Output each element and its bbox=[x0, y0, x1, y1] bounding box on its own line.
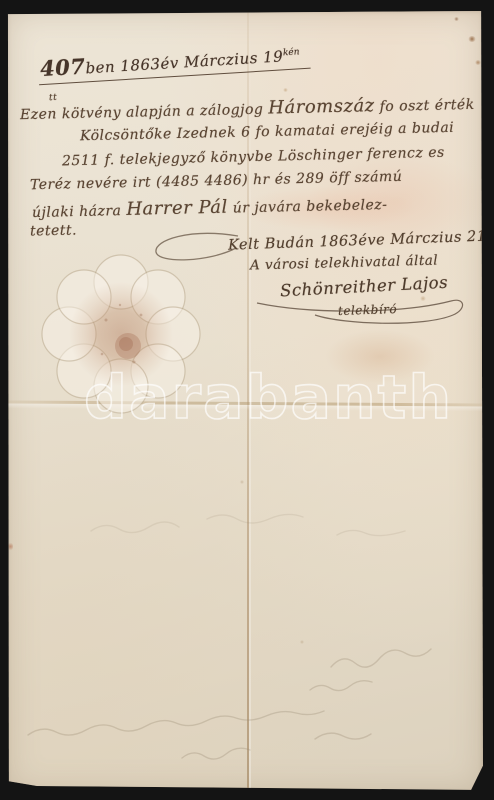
show-through-writing bbox=[179, 743, 269, 771]
name-emphasis: Harrer Pál bbox=[126, 197, 228, 220]
body-line: 2511 f. telekjegyző könyvbe Löschinger f… bbox=[62, 145, 445, 170]
issuer-line: A városi telekhivatal által bbox=[250, 253, 439, 274]
body-line: újlaki házra Harrer Pál úr javára bekebe… bbox=[32, 193, 388, 222]
body-line: tetett. bbox=[30, 222, 77, 239]
body-line: Teréz nevére irt (4485 4486) hr és 289 ö… bbox=[30, 169, 403, 193]
stain bbox=[325, 329, 435, 384]
paper-sheet: 407ben 1863év Márczius 19kén tt Ezen köt… bbox=[7, 11, 483, 793]
body-line: Kölcsöntőke Izednek 6 fo kamatai erejéig… bbox=[80, 120, 455, 144]
reference-heading: 407ben 1863év Márczius 19kén bbox=[37, 40, 310, 86]
show-through-writing bbox=[307, 676, 377, 702]
foxing-spot bbox=[475, 60, 481, 65]
foxing-spot bbox=[300, 640, 304, 644]
signature-title: telekbíró bbox=[338, 302, 398, 318]
reference-number: 407 bbox=[39, 53, 86, 81]
amount-emphasis: Háromszáz bbox=[268, 95, 375, 118]
foxing-spot bbox=[8, 542, 13, 551]
reference-date-suffix: kén bbox=[283, 47, 300, 58]
embossed-seal bbox=[36, 250, 206, 418]
show-through-writing bbox=[327, 641, 437, 681]
seal-stain bbox=[69, 282, 173, 386]
foxing-spot bbox=[283, 88, 288, 92]
show-through-writing bbox=[87, 501, 427, 555]
foxing-spot bbox=[240, 480, 244, 484]
dateline: Kelt Budán 1863éve Márczius 21kén bbox=[228, 227, 494, 253]
foxing-spot bbox=[468, 36, 476, 42]
foxing-spot bbox=[454, 17, 459, 21]
photo-background: { "letter": { "ref_number": "407", "ref_… bbox=[0, 0, 494, 800]
reference-date: ben 1863év Márczius 19 bbox=[85, 47, 284, 77]
